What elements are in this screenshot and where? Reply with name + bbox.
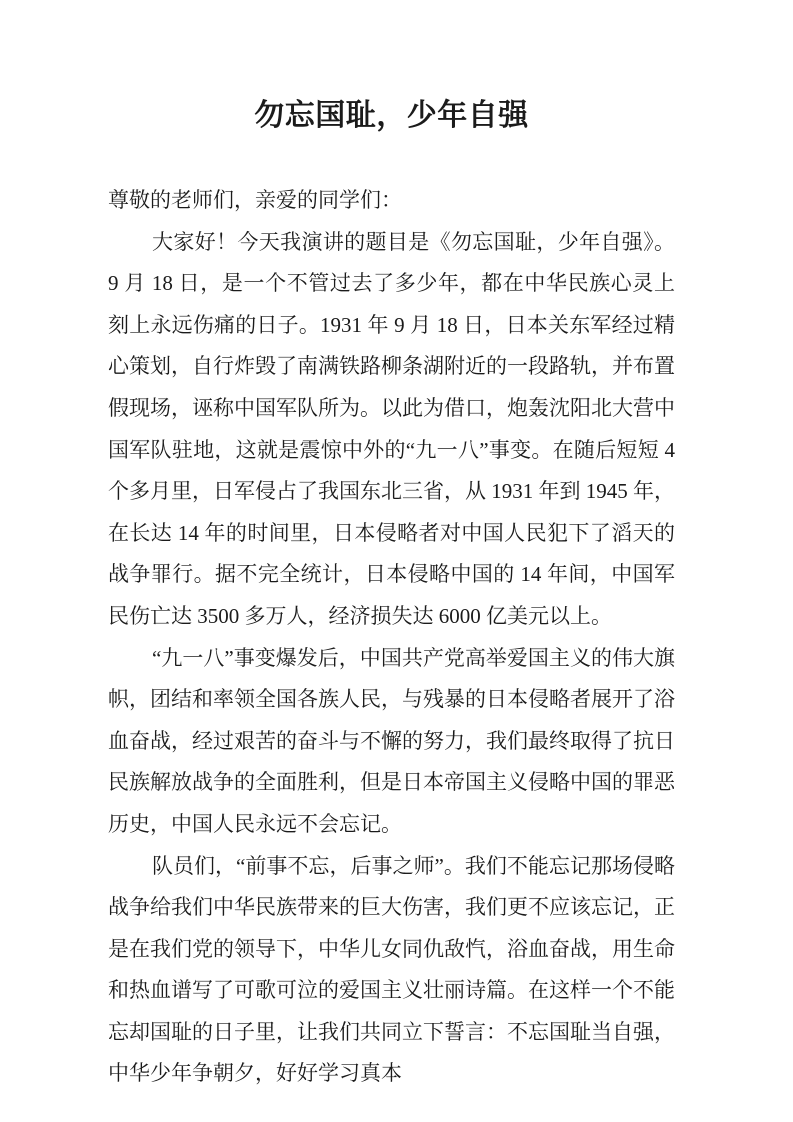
greeting-line: 尊敬的老师们，亲爱的同学们： (108, 180, 675, 222)
document-title: 勿忘国耻，少年自强 (108, 96, 675, 136)
document-page: 勿忘国耻，少年自强 尊敬的老师们，亲爱的同学们： 大家好！今天我演讲的题目是《勿… (0, 0, 793, 1122)
paragraph-2: “九一八”事变爆发后，中国共产党高举爱国主义的伟大旗帜，团结和率领全国各族人民，… (108, 638, 675, 846)
paragraph-3: 队员们，“前事不忘，后事之师”。我们不能忘记那场侵略战争给我们中华民族带来的巨大… (108, 846, 675, 1096)
paragraph-1: 大家好！今天我演讲的题目是《勿忘国耻，少年自强》。9 月 18 日，是一个不管过… (108, 222, 675, 638)
